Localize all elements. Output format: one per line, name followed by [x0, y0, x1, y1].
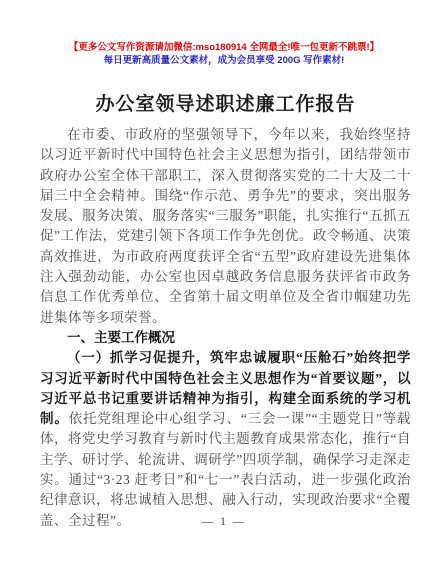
- document-title: 办公室领导述职述廉工作报告: [40, 92, 411, 118]
- document-page: 【更多公文写作资源请加微信:mso180914 全网最全!唯一包更新不跳票!】 …: [0, 0, 448, 580]
- paragraph-regular-run: 依托党组理论中心组学习、“三会一课”“主题党日”等载体，将党史学习教育与新时代主…: [40, 411, 411, 527]
- promo-banner-line-1: 【更多公文写作资源请加微信:mso180914 全网最全!唯一包更新不跳票!】: [0, 41, 448, 54]
- paragraph-section-1: （一）抓学习促提升，筑牢忠诚履职“压舱石”始终把学习习近平新时代中国特色社会主义…: [40, 348, 411, 531]
- promo-banner: 【更多公文写作资源请加微信:mso180914 全网最全!唯一包更新不跳票!】 …: [0, 41, 448, 67]
- document-body: 办公室领导述职述廉工作报告 在市委、市政府的坚强领导下，今年以来，我始终坚持以习…: [40, 92, 411, 531]
- section-heading-1: 一、主要工作概况: [40, 328, 411, 348]
- page-number: — 1 —: [202, 516, 247, 528]
- page-footer: — 1 —: [0, 516, 448, 528]
- paragraph-intro: 在市委、市政府的坚强领导下，今年以来，我始终坚持以习近平新时代中国特色社会主义思…: [40, 125, 411, 328]
- promo-banner-line-2: 每日更新高质量公文素材，成为会员享受 200G 写作素材!: [0, 54, 448, 67]
